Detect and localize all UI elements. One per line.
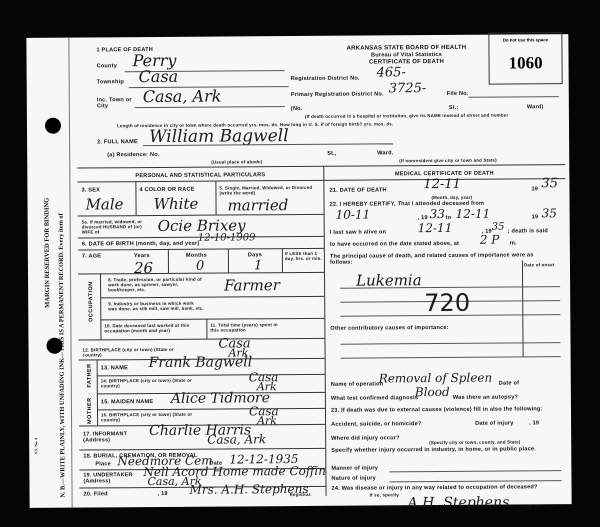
file-number-box: Do not use this space 1060 [488, 32, 562, 85]
color-label: 4 COLOR OR RACE [139, 187, 194, 193]
residence-ward-label: Ward. [377, 150, 393, 156]
marital-label: 5. Single, Married, Widowed, or Divorced… [219, 185, 323, 196]
test-label: What test confirmed diagnosis [331, 395, 418, 402]
residence-label: (a) Residence: No. [107, 152, 159, 158]
mother-maiden-label: 15. MAIDEN NAME [101, 399, 153, 405]
sex-label: 3. SEX [81, 187, 100, 193]
township-label: Township [97, 79, 124, 85]
mother-birthplace-label: 16. BIRTHPLACE (city or town) (State or … [101, 412, 201, 423]
father-section-label: FATHER [87, 363, 93, 387]
last-worked-label: 10. Date deceased last worked at this oc… [104, 323, 204, 334]
burial-place-label: Place [95, 461, 111, 467]
death-said-label: ; death is said [508, 228, 548, 234]
usual-place-note: (Usual place of abode) [211, 159, 262, 164]
primary-district-label: Primary Registration District No. [291, 91, 384, 98]
signed-label: (Signed) [380, 505, 403, 511]
other-causes-label: Other contributory causes of importance: [330, 325, 448, 332]
days-value: 1 [254, 258, 262, 273]
father-name-label: 13. NAME [101, 365, 128, 371]
occupation-section-label: OCCUPATION [88, 281, 94, 321]
punch-hole-top [45, 118, 61, 134]
filed-label: 20. Filed [84, 491, 108, 497]
occupation-related-label: 24. Was disease or injury in any way rel… [332, 484, 564, 492]
nature-injury-label: Nature of injury [331, 475, 376, 481]
test-value: Blood [415, 385, 450, 399]
code-annotation: 720 [424, 289, 470, 317]
operation-label: Name of operation [331, 381, 384, 387]
where-injury-note: (Specify city or town, county, and State… [429, 439, 520, 445]
st-label: St.; [449, 105, 459, 111]
file-no-label: File No. [447, 91, 469, 97]
attended-from-year: 33 [430, 207, 445, 221]
total-time-label: 11. Total time (years) spent in this occ… [210, 322, 280, 332]
nonresident-note: (If nonresident give city or town and St… [399, 158, 497, 164]
operation-date-label: Date of [499, 380, 519, 386]
township-value: Casa [139, 67, 179, 86]
autopsy-label: Was there an autopsy? [453, 394, 518, 400]
file-number: 1060 [489, 53, 561, 74]
last-saw-label: I last saw h alive on [330, 229, 386, 235]
filed-year-prefix: , 19 [158, 491, 168, 497]
principal-cause-label: The principal cause of death, and relate… [330, 252, 540, 265]
signed-value: A.H. Stephens [408, 495, 510, 512]
occurred-label: to have occurred on the date stated abov… [330, 241, 459, 248]
attended-to: 12-11 [456, 207, 491, 221]
dob-label: 6. DATE OF BIRTH (month, day, and year) [82, 241, 200, 248]
months-value: 0 [196, 259, 204, 274]
form-number: V.S. No. 4 [33, 438, 38, 455]
personal-section-title: PERSONAL AND STATISTICAL PARTICULARS [77, 172, 323, 180]
color-value: White [153, 195, 198, 213]
industry-label: 9. Industry or business in which work wa… [108, 301, 204, 312]
sex-value: Male [85, 195, 123, 213]
county-label: County [97, 63, 118, 69]
last-saw-value: 12-11 [418, 221, 453, 235]
date-of-onset-label: Date of onset [524, 262, 554, 267]
informant-label: 17. INFORMANT (Address) [83, 431, 143, 443]
date-of-death-label: 21. DATE OF DEATH [329, 187, 386, 193]
trade-value: Farmer [224, 276, 280, 294]
reg-district-label: Registration District No. [291, 76, 360, 82]
full-name-label: 2. FULL NAME [97, 139, 138, 145]
date-of-death-value: 12-11 [423, 177, 461, 192]
informant-address: Casa, Ark [207, 432, 266, 446]
trade-label: 8. Trade, profession, or particular kind… [108, 277, 204, 293]
date-injury-year: , 19 [529, 420, 539, 426]
no-label: (No. [291, 106, 303, 112]
dob-value: 12-10-1909 [198, 232, 256, 243]
less-than-label: If LESS than 1 day, hrs. or min. [285, 251, 325, 261]
mother-birthplace-state: Ark [257, 414, 277, 427]
date-injury-label: Date of injury [475, 421, 514, 427]
residence-st-label: St., [327, 151, 337, 157]
md-label: , M. D. [524, 504, 541, 510]
ward-label: Ward) [527, 104, 544, 110]
undertaker-label: 19. UNDERTAKER (Address) [83, 472, 143, 484]
registrar-label: Registrar. [290, 492, 312, 497]
town-value: Casa, Ark [143, 87, 222, 107]
spouse-label: 5a. If married, widowed, or divorced HUS… [82, 219, 152, 234]
certificate-form: 1 PLACE OF DEATH County Perry Township C… [76, 38, 567, 499]
manner-injury-label: Manner of injury [331, 465, 378, 471]
attended-to-year: 35 [542, 206, 557, 220]
death-certificate: V.S. No. 4 MARGIN RESERVED FOR BINDING N… [26, 34, 571, 508]
father-name-value: Frank Bagwell [149, 354, 253, 371]
certificate-title: CERTIFICATE OF DEATH [307, 59, 507, 66]
town-label: Inc. Town or City [97, 97, 137, 109]
punch-hole-bottom [46, 338, 62, 354]
binding-note: MARGIN RESERVED FOR BINDING [43, 198, 51, 308]
mdy-note: (Month, day, year) [431, 195, 472, 200]
file-box-note: Do not use this space [489, 37, 561, 43]
mother-section-label: MOTHER [87, 397, 93, 423]
accident-label: Accident, suicide, or homicide? [331, 421, 421, 428]
specify-injury-label: Specify whether injury occurred in indus… [331, 446, 563, 454]
last-saw-year: 35 [492, 222, 505, 233]
reg-district-value: 465- [377, 65, 406, 80]
if-so-label: If so, specify [370, 492, 399, 497]
primary-district-value: 3725- [389, 81, 427, 96]
operation-value: Removal of Spleen [379, 371, 493, 386]
years-value: 26 [134, 259, 153, 277]
date-of-death-year: 35 [541, 176, 558, 191]
external-causes-label: 23. If death was due to external causes … [331, 406, 563, 414]
attended-from: 10-11 [336, 208, 371, 222]
father-birthplace-label: 14. BIRTHPLACE (city or town) (State or … [101, 378, 201, 389]
hospital-note: (If death occurred in a hospital or inst… [305, 113, 508, 119]
marital-value: married [227, 196, 288, 214]
principal-cause-value: Lukemia [356, 271, 422, 289]
time-suffix: m. [510, 240, 517, 246]
time-value: 2 P [480, 233, 500, 247]
age-label: 7. AGE [82, 253, 101, 259]
binding-margin: V.S. No. 4 MARGIN RESERVED FOR BINDING N… [26, 38, 72, 508]
where-injury-label: Where did injury occur? [331, 435, 400, 441]
